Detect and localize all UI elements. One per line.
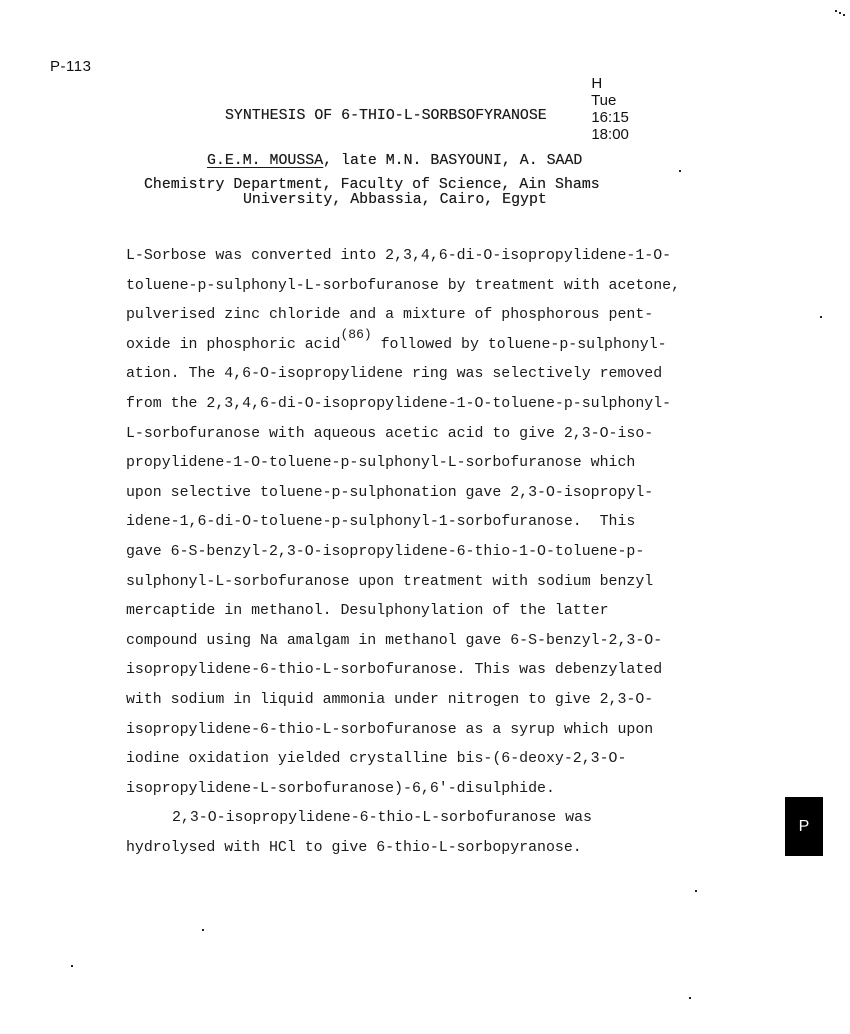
session-day: Tue [591, 92, 616, 109]
body-line: upon selective toluene-p-sulphonation ga… [126, 485, 680, 515]
abstract-body: L-Sorbose was converted into 2,3,4,6-di-… [126, 248, 680, 869]
scan-speck [679, 170, 681, 172]
session-time-end: 18:00 [591, 126, 629, 143]
affiliation-line-1: Chemistry Department, Faculty of Science… [144, 177, 600, 193]
scan-speck [839, 12, 841, 14]
affiliation-line-2: University, Abbassia, Cairo, Egypt [243, 192, 547, 208]
body-line: idene-1,6-di-O-toluene-p-sulphonyl-1-sor… [126, 514, 680, 544]
body-line: isopropylidene-6-thio-L-sorbofuranose as… [126, 722, 680, 752]
body-line: toluene-p-sulphonyl-L-sorbofuranose by t… [126, 278, 680, 308]
body-line: mercaptide in methanol. Desulphonylation… [126, 603, 680, 633]
body-line: with sodium in liquid ammonia under nitr… [126, 692, 680, 722]
body-line: L-Sorbose was converted into 2,3,4,6-di-… [126, 248, 680, 278]
body-line: gave 6-S-benzyl-2,3-O-isopropylidene-6-t… [126, 544, 680, 574]
body-line-with-reference: oxide in phosphoric acid(86) followed by… [126, 337, 680, 367]
scan-speck [820, 316, 822, 318]
scan-speck [689, 997, 691, 999]
body-line-continuation: followed by toluene-p-sulphonyl- [372, 337, 667, 353]
scan-speck [695, 890, 697, 892]
scan-speck [202, 929, 204, 931]
reference-marker: (86) [340, 327, 371, 342]
body-line: sulphonyl-L-sorbofuranose upon treatment… [126, 574, 680, 604]
article-title: SYNTHESIS OF 6-THIO-L-SORBSOFYRANOSE [225, 108, 547, 124]
scan-speck [71, 965, 73, 967]
section-tab-label: P [799, 818, 810, 836]
body-line: ation. The 4,6-O-isopropylidene ring was… [126, 366, 680, 396]
session-schedule: H Tue 16:15 18:00 [583, 58, 635, 143]
body-line: pulverised zinc chloride and a mixture o… [126, 307, 680, 337]
scan-speck [835, 10, 837, 12]
body-line: isopropylidene-L-sorbofuranose)-6,6'-dis… [126, 781, 680, 811]
body-line: propylidene-1-O-toluene-p-sulphonyl-L-so… [126, 455, 680, 485]
body-line-paragraph-start: 2,3-O-isopropylidene-6-thio-L-sorbofuran… [126, 810, 680, 840]
body-line: iodine oxidation yielded crystalline bis… [126, 751, 680, 781]
body-line: L-sorbofuranose with aqueous acetic acid… [126, 426, 680, 456]
author-list: G.E.M. MOUSSA, late M.N. BASYOUNI, A. SA… [207, 153, 582, 169]
body-line: hydrolysed with HCl to give 6-thio-L-sor… [126, 840, 680, 870]
body-line: isopropylidene-6-thio-L-sorbofuranose. T… [126, 662, 680, 692]
section-tab-p[interactable]: P [785, 797, 823, 856]
session-letter: H [591, 75, 602, 92]
page-code: P-113 [50, 58, 91, 75]
body-line: compound using Na amalgam in methanol ga… [126, 633, 680, 663]
body-line: from the 2,3,4,6-di-O-isopropylidene-1-O… [126, 396, 680, 426]
body-line-text: oxide in phosphoric acid [126, 337, 340, 353]
presenting-author: G.E.M. MOUSSA [207, 153, 323, 169]
scan-speck [843, 14, 845, 16]
co-authors: , late M.N. BASYOUNI, A. SAAD [323, 153, 582, 169]
session-time-start: 16:15 [591, 109, 629, 126]
